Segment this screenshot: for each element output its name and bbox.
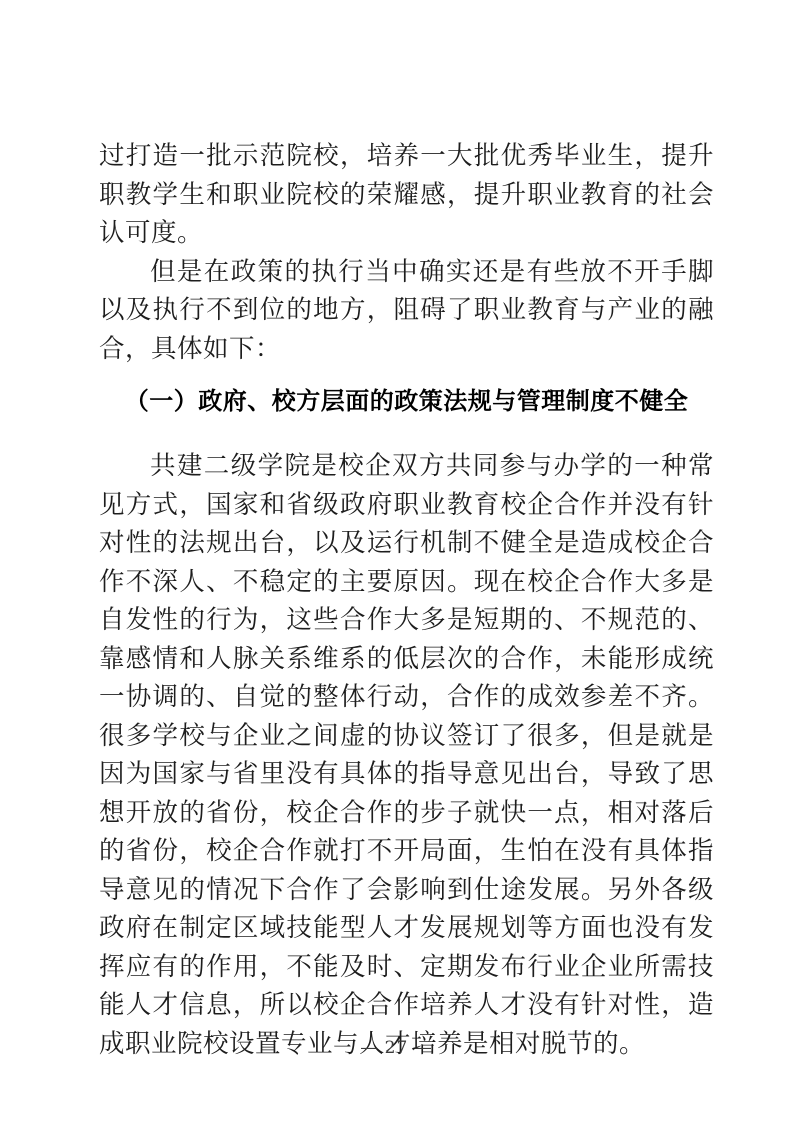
paragraph-school-enterprise-cooperation: 共建二级学院是校企双方共同参与办学的一种常见方式，国家和省级政府职业教育校企合作… <box>99 447 714 1063</box>
document-page: 过打造一批示范院校，培养一大批优秀毕业生，提升职教学生和职业院校的荣耀感，提升职… <box>0 0 793 1122</box>
section-heading: （一）政府、校方层面的政策法规与管理制度不健全 <box>99 381 714 421</box>
page-number: — 27 — <box>0 1036 793 1060</box>
paragraph-continuation: 过打造一批示范院校，培养一大批优秀毕业生，提升职教学生和职业院校的荣耀感，提升职… <box>99 137 714 253</box>
paragraph-policy-execution: 但是在政策的执行当中确实还是有些放不开手脚以及执行不到位的地方，阻碍了职业教育与… <box>99 253 714 369</box>
text-body: 过打造一批示范院校，培养一大批优秀毕业生，提升职教学生和职业院校的荣耀感，提升职… <box>99 137 714 1063</box>
